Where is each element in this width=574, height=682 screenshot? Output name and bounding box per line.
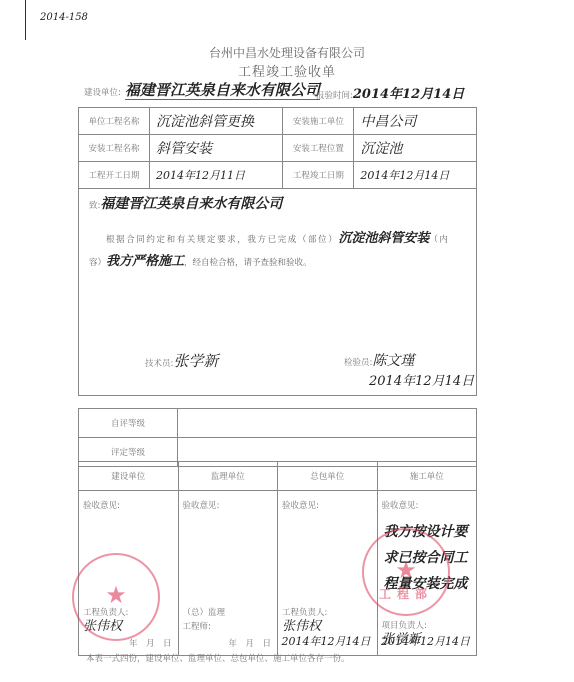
report-date-label: 报验时间: (316, 91, 353, 101)
info-label: 安装工程名称 (79, 135, 150, 162)
opinion-label: 验收意见: (83, 499, 120, 511)
technician-signature: 张学新 (173, 352, 218, 370)
header-general-contractor: 总包单位 (278, 462, 378, 491)
responsible-field: （总）监理 工程师: (183, 606, 226, 634)
info-label: 安装工程位置 (283, 135, 354, 162)
info-label: 单位工程名称 (79, 108, 150, 135)
letter-paragraph-1: 根据合同约定和有关规定要求，我方已完成（部位）沉淀池斜管安装（内 (106, 227, 450, 246)
report-date-field: 报验时间:2014年12月14日 (316, 83, 464, 102)
opinion-label: 验收意见: (282, 499, 319, 511)
info-label: 工程竣工日期 (283, 162, 354, 189)
inspector-field: 检验员:陈文瑾 (344, 350, 414, 370)
info-value: 沉淀池斜管更换 (150, 108, 283, 135)
project-department-seal: ★ 工程部 (362, 528, 450, 616)
owner-field: 建设单位:福建晋江英泉自来水有限公司 (84, 79, 320, 100)
inspector-signature: 陈文瑾 (372, 353, 414, 369)
owner-company-seal: ★ (72, 553, 160, 641)
para1-prefix: 根据合同约定和有关规定要求，我方已完成（部位） (106, 235, 338, 245)
responsible-field: 工程负责人:张伟权 (282, 606, 327, 634)
para2-content: 我方严格施工 (106, 254, 184, 269)
to-label: 致: (89, 201, 100, 211)
completion-letter: 致:福建晋江英泉自来水有限公司 根据合同约定和有关规定要求，我方已完成（部位）沉… (78, 187, 477, 396)
responsible-label: 工程负责人: (282, 608, 327, 618)
para2-prefix: 容） (89, 258, 106, 268)
form-title: 工程竣工验收单 (0, 61, 574, 80)
technician-label: 技术员: (145, 359, 173, 369)
table-row: 安装工程名称 斜管安装 安装工程位置 沉淀池 (79, 135, 477, 162)
seal-text: 工程部 (364, 585, 448, 602)
letter-recipient: 致:福建晋江英泉自来水有限公司 (89, 193, 282, 213)
company-name: 台州中昌水处理设备有限公司 (0, 44, 574, 61)
para1-suffix: （内 (429, 235, 449, 245)
info-value: 中昌公司 (354, 108, 477, 135)
info-label: 工程开工日期 (79, 162, 150, 189)
inspection-date-value: 2014年12月14日 (369, 374, 474, 389)
opinion-label: 验收意见: (183, 499, 220, 511)
grade-value (178, 409, 477, 438)
table-row: 工程开工日期 2014年12月11日 工程竣工日期 2014年12月14日 (79, 162, 477, 189)
grade-table: 自评等级 评定等级 (78, 408, 477, 467)
grade-label: 自评等级 (79, 409, 178, 438)
responsible-label: 项目负责人: (382, 621, 427, 631)
scan-edge-line (25, 0, 26, 40)
para2-suffix: ，经自检合格，请予查验和验收。 (184, 258, 312, 268)
owner-value: 福建晋江英泉自来水有限公司 (125, 81, 320, 100)
info-label: 安装施工单位 (283, 108, 354, 135)
responsible-label: （总）监理 工程师: (183, 608, 226, 632)
letter-paragraph-2: 容）我方严格施工，经自检合格，请予查验和验收。 (89, 250, 312, 269)
header-owner-unit: 建设单位 (79, 462, 179, 491)
info-value: 沉淀池 (354, 135, 477, 162)
info-value: 2014年12月14日 (354, 162, 477, 189)
signoff-date: 2014年12月14日 (381, 635, 470, 648)
para1-part: 沉淀池斜管安装 (338, 231, 429, 246)
signoff-date: 年 月 日 (228, 637, 271, 649)
signoff-date: 2014年12月14日 (282, 635, 371, 648)
project-info-table: 单位工程名称 沉淀池斜管更换 安装施工单位 中昌公司 安装工程名称 斜管安装 安… (78, 107, 477, 189)
table-row: 单位工程名称 沉淀池斜管更换 安装施工单位 中昌公司 (79, 108, 477, 135)
header-construction-unit: 施工单位 (377, 462, 477, 491)
supervision-signoff-cell: 验收意见: （总）监理 工程师: 年 月 日 (178, 491, 278, 656)
inspector-label: 检验员: (344, 358, 372, 368)
table-row: 自评等级 (79, 409, 477, 438)
serial-number: 2014-158 (40, 12, 88, 23)
header-supervision-unit: 监理单位 (178, 462, 278, 491)
inspection-date: 2014年12月14日 (369, 370, 474, 389)
technician-field: 技术员:张学新 (145, 350, 218, 371)
responsible-signature: 张伟权 (282, 620, 327, 634)
star-icon: ★ (74, 581, 158, 609)
owner-label: 建设单位: (84, 88, 121, 98)
signoff-date: 年 月 日 (129, 637, 172, 649)
table-header-row: 建设单位 监理单位 总包单位 施工单位 (79, 462, 477, 491)
to-value: 福建晋江英泉自来水有限公司 (100, 196, 282, 212)
info-value: 2014年12月11日 (150, 162, 283, 189)
star-icon: ★ (364, 556, 448, 584)
form-footer-note: 本表一式四份，建设单位、监理单位、总包单位、施工单位各存一份。 (86, 652, 350, 664)
opinion-label: 验收意见: (382, 499, 419, 511)
report-date-value: 2014年12月14日 (353, 87, 464, 102)
info-value: 斜管安装 (150, 135, 283, 162)
